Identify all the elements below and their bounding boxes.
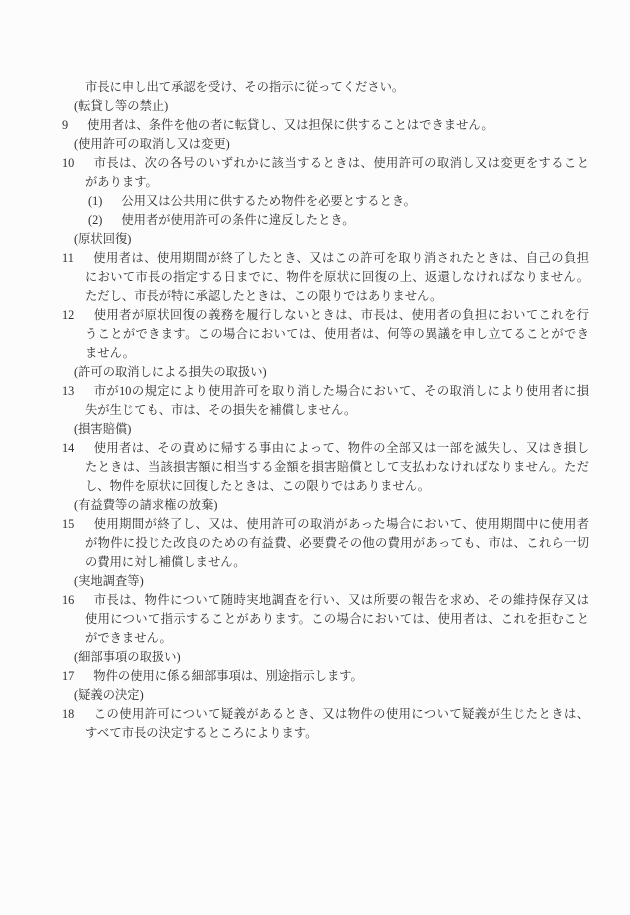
line-text: 使用について指示することがあります。この場合においては、使用者は、これを拒むこと: [85, 612, 589, 626]
section-heading: (有益費等の請求権の放棄): [0, 496, 630, 515]
line-text: (原状回復): [74, 232, 131, 246]
line-text: の費用に対し補償しません。: [85, 555, 246, 569]
line-text: ができません。: [85, 631, 172, 645]
line-text: 使用者は、使用期間が終了したとき、又はこの許可を取り消されたときは、自己の負担: [93, 251, 589, 265]
text-line: 使用について指示することがあります。この場合においては、使用者は、これを拒むこと: [0, 610, 589, 629]
line-text: (転貸し等の禁止): [74, 99, 168, 113]
line-text: (許可の取消しによる損失の取扱い): [74, 365, 267, 379]
line-text: 市長は、次の各号のいずれかに該当するときは、使用許可の取消し又は変更をすること: [93, 156, 589, 170]
section-heading: (損害賠償): [0, 420, 630, 439]
text-line: があります。: [0, 173, 630, 192]
item-number: 16: [62, 591, 74, 610]
text-line: ができません。: [0, 629, 630, 648]
line-text: ません。: [85, 346, 135, 360]
line-text: 失が生じても、市は、その損失を補償しません。: [85, 403, 356, 417]
text-line: 17物件の使用に係る細部事項は、別途指示します。: [0, 667, 630, 686]
line-text: (疑義の決定): [74, 688, 144, 702]
text-line: (2)使用者が使用許可の条件に違反したとき。: [0, 211, 630, 230]
text-line: 13市が10の規定により使用許可を取り消した場合において、その取消しにより使用者…: [0, 382, 589, 401]
text-line: 失が生じても、市は、その損失を補償しません。: [0, 401, 630, 420]
text-line: たときは、当該損害額に相当する金額を損害賠償として支払わなければなりません。ただ: [0, 458, 589, 477]
section-heading: (転貸し等の禁止): [0, 97, 630, 116]
line-text: 市長は、物件について随時実地調査を行い、又は所要の報告を求め、その維持保存又は: [93, 593, 589, 607]
item-number: (1): [88, 192, 102, 211]
text-line: (1)公用又は公共用に供するため物件を必要とするとき。: [0, 192, 630, 211]
section-heading: (許可の取消しによる損失の取扱い): [0, 363, 630, 382]
text-line: において市長の指定する日までに、物件を原状に回復の上、返還しなければなりません。: [0, 268, 589, 287]
item-number: 17: [62, 667, 74, 686]
text-line: 12使用者が原状回復の義務を履行しないときは、市長は、使用者の負担においてこれを…: [0, 306, 589, 325]
line-text: たときは、当該損害額に相当する金額を損害賠償として支払わなければなりません。ただ: [85, 460, 589, 474]
section-heading: (原状回復): [0, 230, 630, 249]
section-heading: (細部事項の取扱い): [0, 648, 630, 667]
text-line: ません。: [0, 344, 630, 363]
line-text: 公用又は公共用に供するため物件を必要とするとき。: [121, 194, 416, 208]
text-line: 11使用者は、使用期間が終了したとき、又はこの許可を取り消されたときは、自己の負…: [0, 249, 589, 268]
line-text: し、物件を原状に回復したときは、この限りではありません。: [85, 479, 430, 493]
line-text: 使用期間が終了し、又は、使用許可の取消があった場合において、使用期間中に使用者: [93, 517, 589, 531]
text-line: 15使用期間が終了し、又は、使用許可の取消があった場合において、使用期間中に使用…: [0, 515, 589, 534]
section-heading: (疑義の決定): [0, 686, 630, 705]
item-number: 18: [62, 705, 74, 724]
section-heading: (使用許可の取消し又は変更): [0, 135, 630, 154]
line-text: 物件の使用に係る細部事項は、別途指示します。: [93, 669, 363, 683]
text-line: 9使用者は、条件を他の者に転貸し、又は担保に供することはできません。: [0, 116, 630, 135]
item-number: (2): [88, 211, 102, 230]
text-line: の費用に対し補償しません。: [0, 553, 630, 572]
text-line: 16市長は、物件について随時実地調査を行い、又は所要の報告を求め、その維持保存又…: [0, 591, 589, 610]
item-number: 11: [62, 249, 74, 268]
line-text: (損害賠償): [74, 422, 131, 436]
text-line: ただし、市長が特に承認したときは、この限りではありません。: [0, 287, 630, 306]
text-line: し、物件を原状に回復したときは、この限りではありません。: [0, 477, 630, 496]
text-line: うことができます。この場合においては、使用者は、何等の異議を申し立てることができ: [0, 325, 589, 344]
permit-conditions-text: 市長に申し出て承認を受け、その指示に従ってください。(転貸し等の禁止)9使用者は…: [0, 78, 630, 743]
item-number: 13: [62, 382, 74, 401]
line-text: すべて市長の決定するところによります。: [85, 726, 317, 740]
line-text: が物件に投じた改良のための有益費、必要費その他の費用があっても、市は、これら一切: [85, 536, 589, 550]
line-text: 使用者が原状回復の義務を履行しないときは、市長は、使用者の負担においてこれを行: [93, 308, 589, 322]
line-text: (使用許可の取消し又は変更): [74, 137, 230, 151]
line-text: において市長の指定する日までに、物件を原状に回復の上、返還しなければなりません。: [85, 270, 589, 284]
line-text: ただし、市長が特に承認したときは、この限りではありません。: [85, 289, 442, 303]
text-line: すべて市長の決定するところによります。: [0, 724, 630, 743]
line-text: (細部事項の取扱い): [74, 650, 181, 664]
line-text: (有益費等の請求権の放棄): [74, 498, 217, 512]
text-line: が物件に投じた改良のための有益費、必要費その他の費用があっても、市は、これら一切: [0, 534, 589, 553]
item-number: 9: [62, 116, 68, 135]
scanned-document-page: 市長に申し出て承認を受け、その指示に従ってください。(転貸し等の禁止)9使用者は…: [0, 0, 630, 915]
line-text: 使用者は、その責めに帰する事由によって、物件の全部又は一部を滅失し、又はき損し: [93, 441, 589, 455]
line-text: うことができます。この場合においては、使用者は、何等の異議を申し立てることができ: [85, 327, 589, 341]
line-text: 市が10の規定により使用許可を取り消した場合において、その取消しにより使用者に損: [93, 384, 589, 398]
text-line: 市長に申し出て承認を受け、その指示に従ってください。: [0, 78, 630, 97]
item-number: 15: [62, 515, 74, 534]
item-number: 14: [62, 439, 74, 458]
text-line: 14使用者は、その責めに帰する事由によって、物件の全部又は一部を滅失し、又はき損…: [0, 439, 589, 458]
text-line: 10市長は、次の各号のいずれかに該当するときは、使用許可の取消し又は変更をするこ…: [0, 154, 589, 173]
line-text: (実地調査等): [74, 574, 144, 588]
line-text: 市長に申し出て承認を受け、その指示に従ってください。: [85, 80, 404, 94]
item-number: 10: [62, 154, 74, 173]
line-text: があります。: [85, 175, 158, 189]
section-heading: (実地調査等): [0, 572, 630, 591]
line-text: この使用許可について疑義があるとき、又は物件の使用について疑義が生じたときは、: [93, 707, 589, 721]
item-number: 12: [62, 306, 74, 325]
line-text: 使用者が使用許可の条件に違反したとき。: [121, 213, 354, 227]
line-text: 使用者は、条件を他の者に転貸し、又は担保に供することはできません。: [87, 118, 494, 132]
text-line: 18この使用許可について疑義があるとき、又は物件の使用について疑義が生じたときは…: [0, 705, 589, 724]
